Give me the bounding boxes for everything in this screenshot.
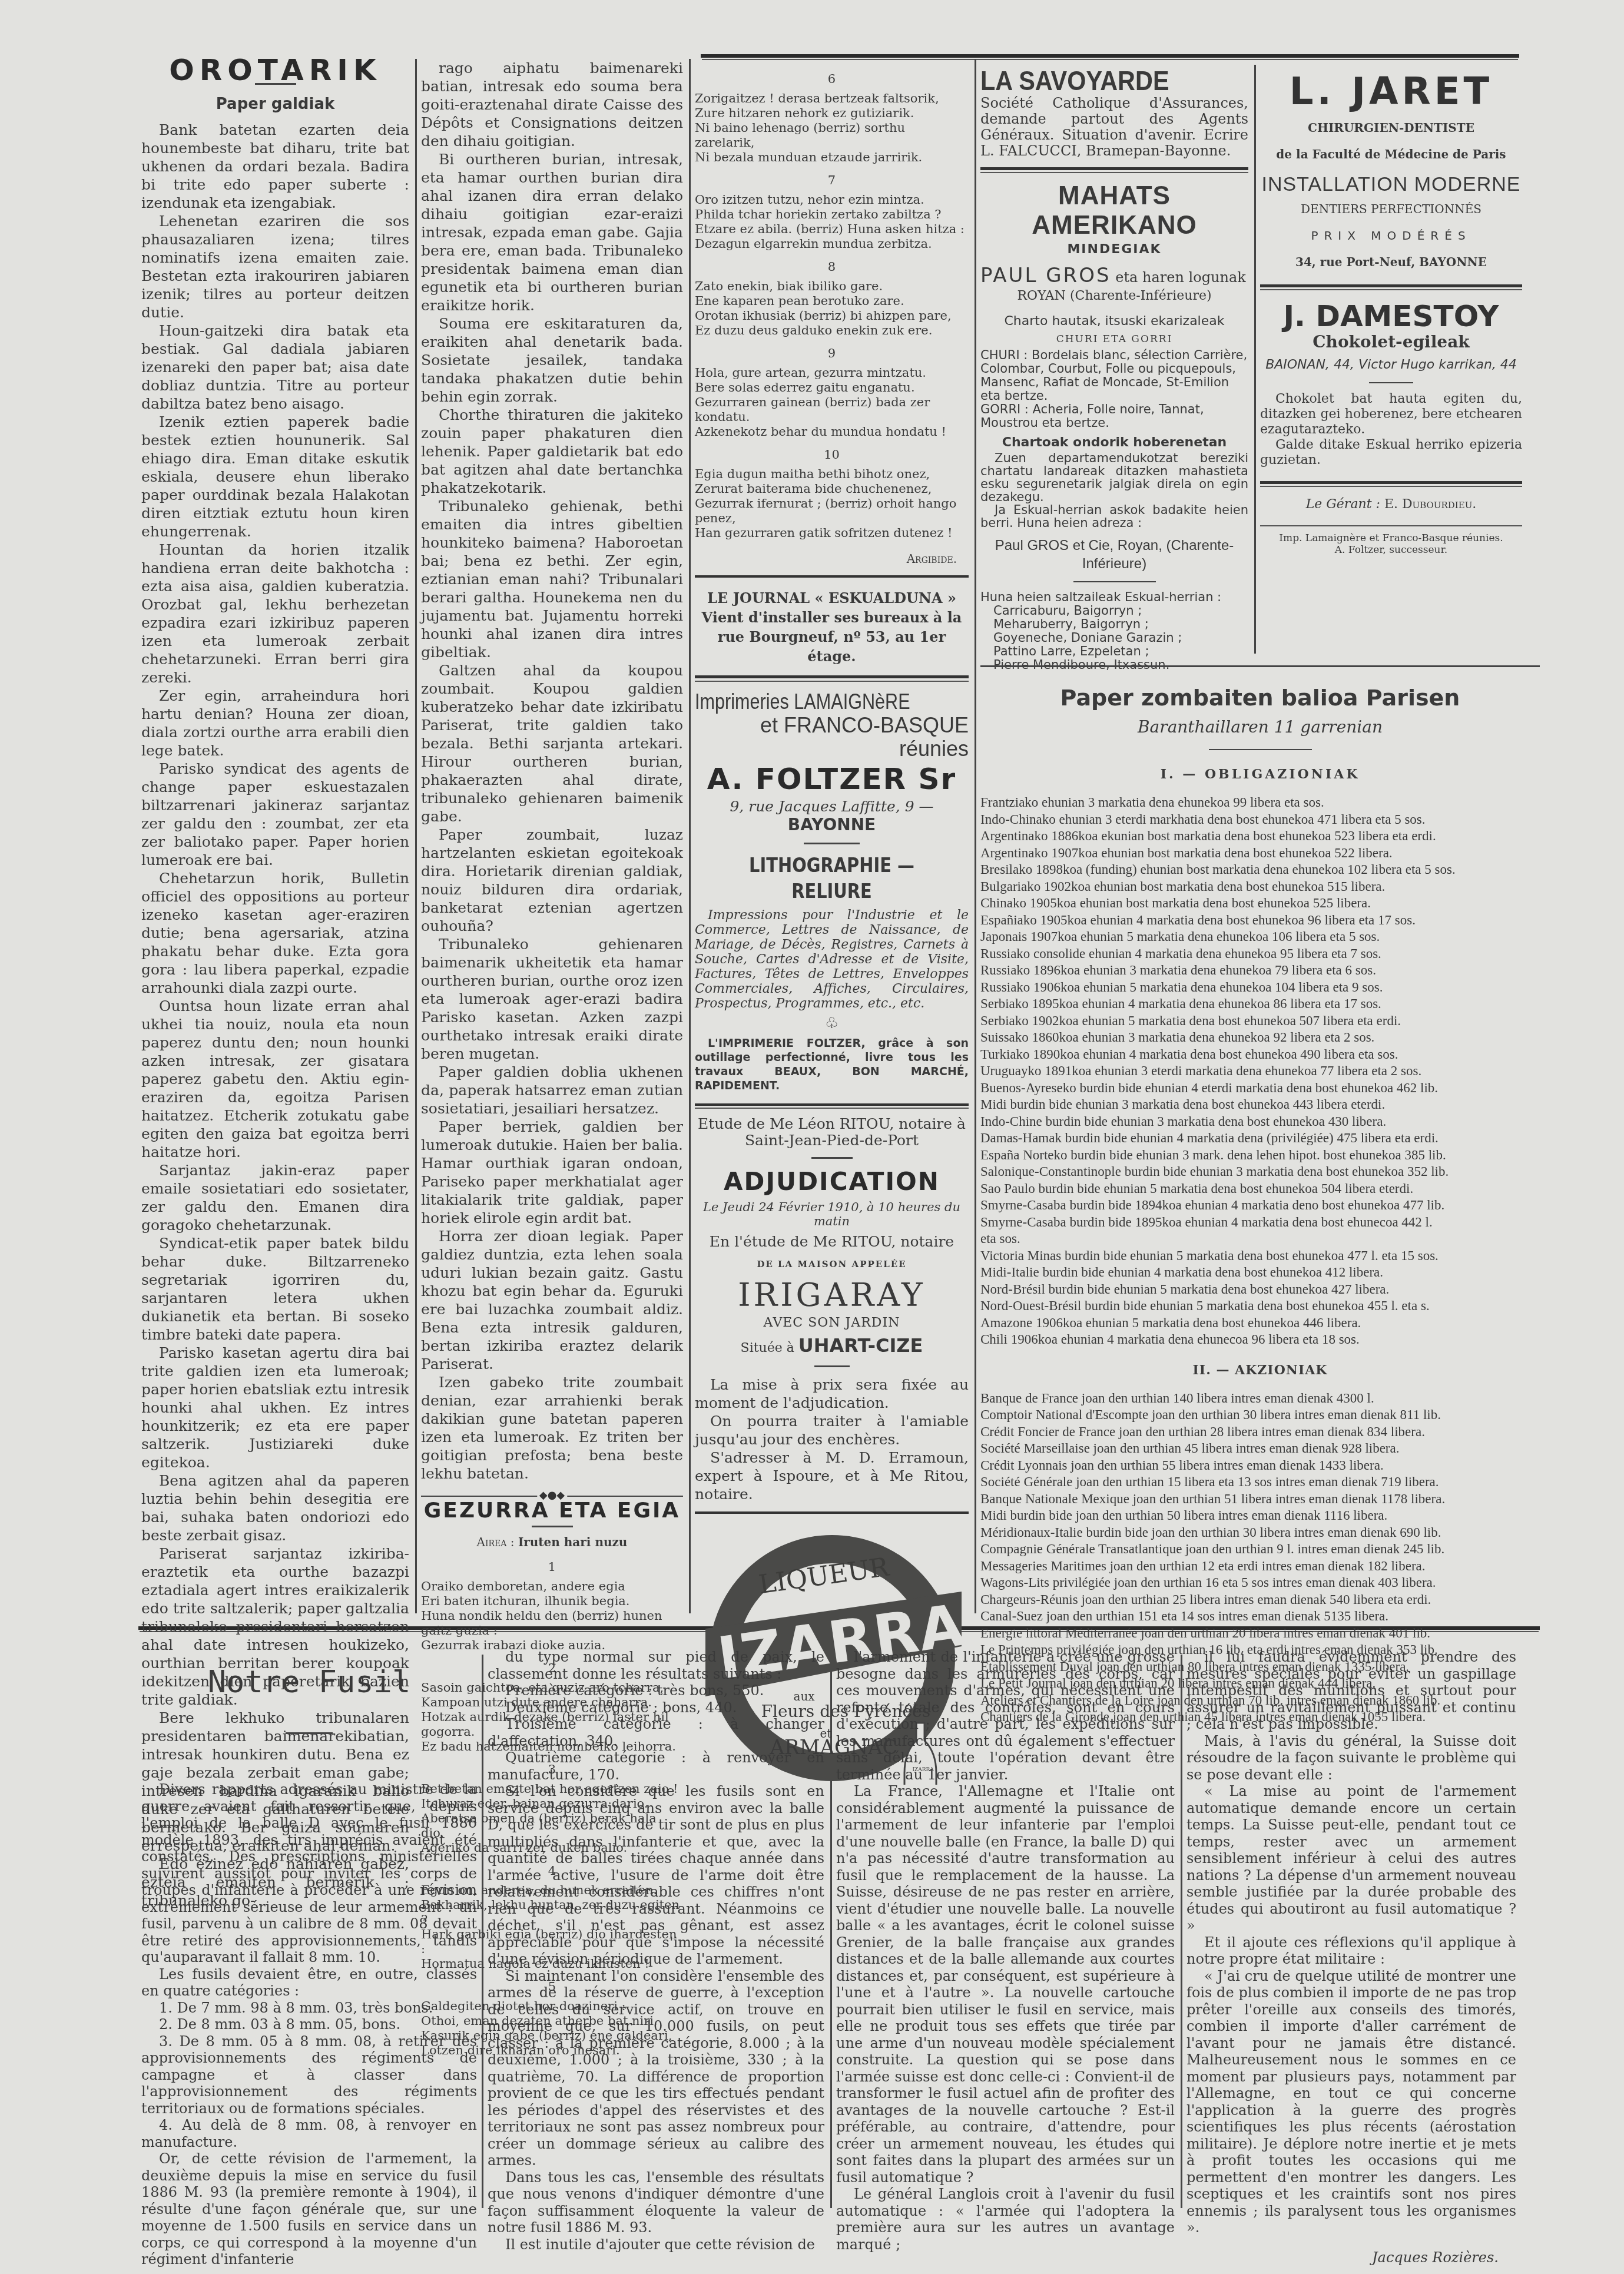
poem-line: Hola, gure artean, gezurra mintzatu. [695,366,969,380]
poem-line: Dezagun elgarrekin mundua zerbitza. [695,237,969,251]
quote-row: Messageries Maritimes joan den urthian 1… [980,1558,1540,1575]
paragraph: « La mise au point de l'armement automat… [1186,1783,1516,1934]
column-three: 6Zorigaitzez ! derasa bertzeak faltsorik… [695,64,969,1785]
poem-line: Bere solas ederrez gaitu enganatu. [695,380,969,395]
fusil-author: Jacques Rozières. [1186,2249,1499,2266]
quote-row: Indo-Chinako ehunian 3 eterdi markhatia … [980,811,1540,828]
stanza-number: 8 [695,260,969,274]
quote-row: Uruguayko 1891koa ehunian 3 eterdi marka… [980,1063,1540,1080]
quote-row: Energie littoral Méditerranée joan den u… [980,1625,1540,1642]
quote-row: Serbiako 1895koa ehunian 4 markatia dena… [980,996,1540,1013]
quote-row: Chinako 1905koa ehunian bost markatia de… [980,895,1540,912]
quote-row: Nord-Ouest-Brésil burdin bide ehunian 5 … [980,1298,1540,1315]
savoyarde-ad: LA SAVOYARDE Société Catholique d'Assura… [980,66,1248,159]
paragraph: Ountsa houn lizate erran ahal ukhei tia … [141,997,409,1161]
column-four: LA SAVOYARDE Société Catholique d'Assura… [980,66,1248,672]
paragraph: Bank batetan ezarten deia hounembeste ba… [141,121,409,212]
stanza-number: 6 [695,72,969,87]
section-obligations: I. — OBLIGAZIONIAK [980,765,1540,784]
quote-row: Banque de France joan den urthian 140 li… [980,1390,1540,1407]
quote-row: Victoria Minas burdin bide ehunian 5 mar… [980,1248,1540,1265]
quote-row: Suissako 1860koa ehunian 3 markatia dena… [980,1029,1540,1046]
paragraph: il lui faudra évidemment prendre des mes… [1186,1649,1516,1733]
ornament-icon: ◆●◆ [537,1490,567,1501]
paragraph: Izenik eztien paperek badie bestek eztie… [141,413,409,541]
quote-row: Argentinako 1886koa ekunian bost markati… [980,828,1540,845]
club-ornament-icon: ♧ [695,1015,969,1033]
poem-line: Oraiko demboretan, andere egia [421,1579,683,1594]
paragraph: « J'ai cru de quelque utilité de montrer… [1186,1968,1516,2236]
quote-row: Société Marseillaise joan den urthian 45… [980,1440,1540,1457]
paragraph: Dans tous les cas, l'ensemble des résult… [488,2169,824,2236]
paragraph: Chehetarzun horik, Bulletin officiel des… [141,869,409,997]
poem-line: Orotan ikhusiak (berriz) bi ahizpen pare… [695,309,969,323]
bourse-date: Baranthaillaren 11 garrenian [980,718,1540,736]
divider [532,1526,573,1527]
poem-line: Zato enekin, biak ibiliko gare. [695,279,969,294]
poem-line: Han gezurraren gatik sofritzen dutenez ! [695,526,969,541]
quote-row: Midi burdin bide ehunian 3 markatia dena… [980,1096,1540,1113]
quote-row: Russiako 1906koa ehunian 5 markatia dena… [980,979,1540,996]
paragraph: 4. Au delà de 8 mm. 08, à renvoyer en ma… [141,2117,477,2150]
paragraph: Les fusils devaient être, en outre, clas… [141,1966,477,2000]
quote-row: eta sos. [980,1231,1540,1248]
poem-line: Egia dugun maitha bethi bihotz onez, [695,467,969,482]
quote-row: Sao Paulo burdin bide ehunian 5 markatia… [980,1181,1540,1198]
quote-row: Pattino Larre, Ezpeletan ; [993,645,1248,658]
paragraph: Tribunaleko gehienaren baimenarik ukheit… [421,935,683,1063]
paragraph: Izen gabeko trite zoumbait denian, ezar … [421,1373,683,1483]
poem-stanzas-6-10: 6Zorigaitzez ! derasa bertzeak faltsorik… [695,72,969,541]
paragraph: Divers rapports adressés au ministre de … [141,1781,477,1966]
poem-line: Etzare ez abila. (berriz) Huna asken hit… [695,222,969,237]
quote-row: Comptoir National d'Escompte joan den ur… [980,1407,1540,1424]
paragraph: Horra zer dioan legiak. Paper galdiez du… [421,1227,683,1373]
column-divider [1254,65,1256,654]
poem-line: Huna nondik heldu den (berriz) hunen gai… [421,1609,683,1638]
paragraph: Quatrième catégorie : à renvoyer en manu… [488,1749,824,1783]
paragraph: Syndicat-etik paper batek bildu behar du… [141,1234,409,1344]
quote-row: Goyeneche, Doniane Garazin ; [993,631,1248,645]
poem-author: Argibide. [695,550,957,568]
quote-row: Canal-Suez joan den urthian 151 eta 14 s… [980,1608,1540,1625]
poem-line: Gezurraren gainean (berriz) bada zer kon… [695,395,969,425]
foltzer-ad: Imprimeries LAMAIGNèRE et FRANCO-BASQUE … [695,690,969,1093]
paragraph: Paper galdien doblia ukhenen da, paperak… [421,1063,683,1118]
divider [695,575,969,578]
ornament-rule: ◆●◆ [421,1496,683,1497]
orotarik-article: OROTARIK Paper galdiak Bank batetan ezar… [141,59,409,1910]
column-divider [975,59,976,1613]
paragraph: Chorthe thiraturen die jakiteko zouin pa… [421,406,683,497]
poem-line: Azkenekotz behar du mundua hondatu ! [695,425,969,439]
adjudication-ad: Etude de Me Léon RITOU, notaire à Saint-… [695,1116,969,1503]
quote-row: Meharuberry, Baigorryn ; [993,618,1248,631]
poem-line: Ez duzu deus galduko enekin zuk ere. [695,323,969,338]
quote-row: Frantziako ehunian 3 markatia dena ehune… [980,794,1540,811]
sellers-list: Carricaburu, Baigorryn ;Meharuberry, Bai… [980,604,1248,672]
paragraph: Si l'on considère que les fusils sont en… [488,1783,824,1968]
quote-row: Crédit Foncier de France joan den urthia… [980,1424,1540,1441]
poem-line: Eri baten itchuran, ilhunik begia. [421,1594,683,1609]
paragraph: La France, l'Allemagne et l'Italie ont c… [836,1783,1175,2186]
paragraph: 2. De 8 mm. 03 à 8 mm. 05, bons. [141,2016,477,2033]
fusil-title: Notre Fusil [141,1662,477,1703]
eskualduna-notice: LE JOURNAL « ESKUALDUNA » Vient d'instal… [695,588,969,666]
paragraph: Zer egin, arraheindura hori hartu denian… [141,687,409,760]
quote-row: Nord-Brésil burdin bide ehunian 5 markat… [980,1281,1540,1298]
paragraph: Et il ajoute ces réflexions qu'il appliq… [1186,1934,1516,1968]
fusil-col-1: Notre Fusil Divers rapports adressés au … [141,1649,477,2268]
bourse-title: Paper zombaiten balioa Parisen [980,685,1540,711]
poem-line: Ene kaparen pean berotuko zare. [695,294,969,309]
quote-row: Société Générale joan den urthian 15 lib… [980,1474,1540,1491]
paragraph: Il est inutile d'ajouter que cette révis… [488,2236,824,2253]
quote-row: Chargeurs-Réunis joan den urthian 25 lib… [980,1592,1540,1609]
quote-row: Españiako 1905koa ehunian 4 markatia den… [980,912,1540,929]
col2-body: rago aiphatu baimenareki batian, intresa… [421,59,683,1483]
quote-row: Crédit Lyonnais joan den urthian 55 libe… [980,1457,1540,1474]
stanza-number: 7 [695,173,969,188]
paragraph: Houn-gaitzeki dira batak eta bestiak. Ga… [141,321,409,413]
column-divider [1181,1655,1182,2208]
quote-row: Midi-Italie burdin bide ehunian 4 markat… [980,1264,1540,1281]
quote-row: Amazone 1906koa ehunian 5 markatia dena … [980,1315,1540,1332]
paragraph: l'armement de l'infanterie a créé une gr… [836,1649,1175,1783]
quote-row: Salonique-Constantinople burdin bide ehu… [980,1163,1540,1181]
poem-line: Philda tchar horiekin zertako zabiltza ? [695,207,969,222]
quote-row: España Norteko burdin bide ehunian 3 mar… [980,1147,1540,1164]
imprint: Imp. Lamaignère et Franco-Basque réunies… [1260,532,1522,556]
poem-line: Zerurat baiterama bide chuchenenez, [695,482,969,496]
quote-row: Chili 1906koa ehunian 4 markatia dena eh… [980,1331,1540,1348]
quote-row: Bulgariako 1902koa ehunian bost markatia… [980,879,1540,896]
top-rule [701,54,1519,59]
paragraph: Sarjantaz jakin-eraz paper emaile sosiet… [141,1161,409,1234]
paragraph: Parisko kasetan agertu dira bai trite ga… [141,1344,409,1471]
section-actions: II. — AKZIONIAK [980,1361,1540,1380]
paragraph: Première catégorie : très bons, 550. [488,1682,824,1699]
quote-row: Smyrne-Casaba burdin bide 1894koa ehunia… [980,1197,1540,1214]
quote-row: Indo-Chine burdin bide ehunian 3 markati… [980,1113,1540,1131]
orotarik-body: Bank batetan ezarten deia hounembeste ba… [141,121,409,1910]
quote-row: Argentinako 1907koa ehunian bost markati… [980,845,1540,862]
poem-line: Oro izitzen tutzu, nehor ezin mintza. [695,193,969,207]
fusil-col-3: l'armement de l'infanterie a créé une gr… [836,1649,1175,2253]
paragraph: Paper zoumbait, luzaz hartzelanten eskie… [421,826,683,935]
quote-row: Buenos-Ayreseko burdin bide ehunian 4 et… [980,1080,1540,1097]
poem-line: Ni bezala munduan etzaude jarririk. [695,150,969,165]
paragraph: Deuxième catégorie : bons, 440. [488,1699,824,1716]
paragraph: Paper berriek, galdien ber lumeroak dutu… [421,1118,683,1227]
obligations-list: Frantziako ehunian 3 markatia dena ehune… [980,794,1540,1348]
quote-row: Japonais 1907koa ehunian 5 markatia dena… [980,929,1540,946]
quote-row: Carricaburu, Baigorryn ; [993,604,1248,618]
quote-row: Compagnie Générale Transatlantique joan … [980,1541,1540,1558]
paragraph: Mais, à l'avis du général, la Suisse doi… [1186,1733,1516,1784]
stanza-number: 1 [421,1560,683,1574]
paragraph: Troisième catégorie : à changer d'affect… [488,1716,824,1749]
column-divider [689,59,691,1613]
paragraph: Si maintenant l'on considère l'ensemble … [488,1968,824,2169]
quote-row: Damas-Hamak burdin bide ehunian 4 markat… [980,1130,1540,1147]
quote-row: Serbiako 1902koa ehunian 5 markatia dena… [980,1013,1540,1030]
jaret-ad: L. JARET CHIRURGIEN-DENTISTE de la Facul… [1260,71,1522,271]
damestoy-ad: J. DAMESTOY Chokolet-egileak BAIONAN, 44… [1260,300,1522,468]
paragraph: Or, de cette révision de l'armement, la … [141,2150,477,2268]
paragraph: Souma ere eskitaraturen da, eraikiten ah… [421,314,683,406]
stanza-number: 9 [695,346,969,361]
paragraph: du type normal sur pied de paix, le clas… [488,1649,824,1682]
gerant: Le Gérant : E. Dubourdieu. [1260,495,1522,513]
quote-row: Russiako consolide ehunian 4 markatia de… [980,946,1540,963]
gezurra-air: Airea : Iruten hari nuzu [421,1533,683,1552]
paragraph: Hountan da horien itzalik handiena erran… [141,541,409,687]
poem-line: Gezurrak ifernurat ; (berriz) orhoit han… [695,496,969,526]
quote-row: Midi burdin bide joan den urthian 50 lib… [980,1507,1540,1524]
paragraph: Bena agitzen ahal da paperen luztia behi… [141,1471,409,1544]
paragraph: 3. De 8 mm. 05 à 8 mm. 08, à retirer des… [141,2033,477,2117]
poem-line: Ni baino lehenago (berriz) sorthu zarela… [695,121,969,150]
poem-line: Zorigaitzez ! derasa bertzeak faltsorik, [695,91,969,106]
stanza-number: 10 [695,447,969,462]
paragraph: Lehenetan ezariren die sos phausazaliare… [141,212,409,321]
divider [695,675,969,678]
paragraph: Parisko syndicat des agents de change pa… [141,760,409,869]
bourse-section: Paper zombaiten balioa Parisen Baranthai… [980,665,1540,1726]
newspaper-page: OROTARIK Paper galdiak Bank batetan ezar… [0,0,1624,2274]
fusil-col-2: du type normal sur pied de paix, le clas… [488,1649,824,2253]
fusil-col-4: il lui faudra évidemment prendre des mes… [1186,1649,1516,2266]
gezurra-title: GEZURRA ETA EGIA [421,1501,683,1520]
paragraph: Le général Langlois croit à l'avenir du … [836,2186,1175,2253]
column-divider [415,59,417,1613]
column-five: L. JARET CHIRURGIEN-DENTISTE de la Facul… [1260,71,1522,556]
quote-row: Wagons-Lits privilégiée joan den urthian… [980,1574,1540,1592]
paragraph: rago aiphatu baimenareki batian, intresa… [421,59,683,150]
paragraph: Tribunaleko gehienak, bethi emaiten dia … [421,497,683,661]
quote-row: Banque Nationale Mexique joan den urthia… [980,1491,1540,1508]
paragraph: Galtzen ahal da koupou zoumbait. Koupou … [421,661,683,826]
quote-row: Méridionaux-Italie burdin bide joan den … [980,1524,1540,1542]
quote-row: Smyrne-Casaba burdin bide 1895koa ehunia… [980,1214,1540,1231]
quote-row: Russiako 1896koa ehunian 3 markatia dena… [980,962,1540,979]
paragraph: 1. De 7 mm. 98 à 8 mm. 03, très bons. [141,2000,477,2017]
poem-line: Zure hitzaren nehork ez gutiziarik. [695,106,969,121]
quote-row: Bresilako 1898koa (funding) ehunian bost… [980,861,1540,879]
paragraph: Bi ourtheren burian, intresak, eta hamar… [421,150,683,314]
quote-row: Turkiako 1890koa ehunian 4 markatia dena… [980,1046,1540,1063]
orotarik-subtitle: Paper galdiak [141,95,409,114]
mahats-ad: MAHATS AMERIKANO MINDEGIAK PAUL GROS eta… [980,181,1248,672]
orotarik-title: OROTARIK [141,61,409,79]
